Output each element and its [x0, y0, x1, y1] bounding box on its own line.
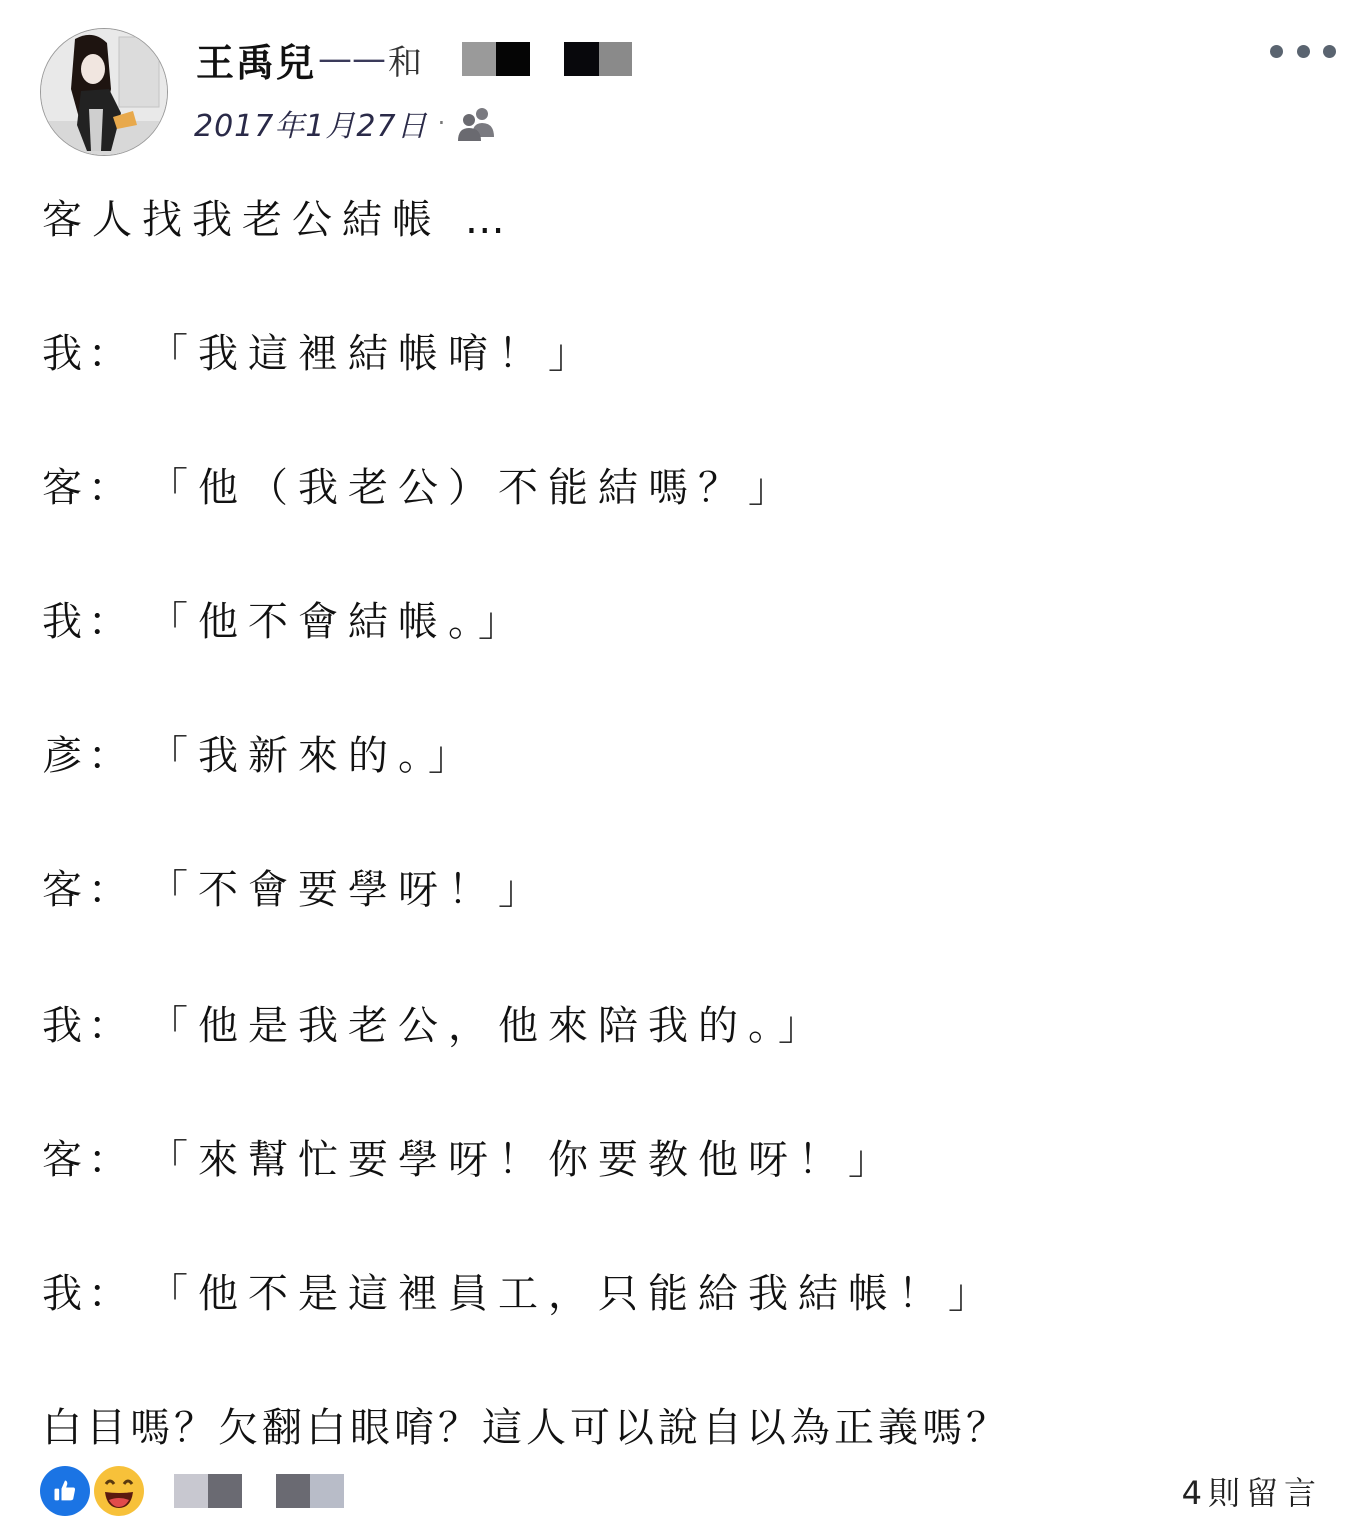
dialogue-speaker: 我： [42, 994, 148, 1051]
avatar[interactable] [40, 28, 168, 156]
dialogue-text: 「我這裡結帳唷！」 [148, 331, 598, 377]
dialogue-line: 我：「他不是這裡員工，只能給我結帳！」 [42, 1262, 998, 1319]
friends-icon[interactable] [456, 103, 496, 143]
more-dot-icon [1323, 45, 1336, 58]
dialogue-text: 「來幫忙要學呀！你要教他呀！」 [148, 1137, 898, 1183]
reactor-name-2-redacted[interactable] [276, 1474, 344, 1508]
dialogue-speaker: 我： [42, 322, 148, 379]
haha-icon [94, 1466, 144, 1516]
dialogue-text: 「他不是這裡員工，只能給我結帳！」 [148, 1271, 998, 1317]
dialogue-speaker: 客： [42, 1128, 148, 1185]
dialogue-line: 客：「他（我老公）不能結嗎？」 [42, 456, 798, 513]
dialogue-speaker: 客： [42, 456, 148, 513]
more-dot-icon [1297, 45, 1310, 58]
post-intro: 客人找我老公結帳 … [42, 188, 515, 245]
dialogue-text: 「我新來的。」 [148, 733, 478, 779]
tagged-person-1-redacted[interactable] [462, 42, 530, 76]
avatar-illustration-icon [41, 29, 167, 155]
post-meta: 2017年1月27日 · [194, 100, 496, 146]
dialogue-speaker: 我： [42, 1262, 148, 1319]
with-label: 和 [388, 35, 422, 84]
like-icon [40, 1466, 90, 1516]
dialogue-speaker: 客： [42, 858, 148, 915]
post-closing: 白目嗎？欠翻白眼唷？這人可以說自以為正義嗎？ [42, 1396, 1010, 1453]
dialogue-text: 「他是我老公，他來陪我的。」 [148, 1003, 828, 1049]
author-name-link[interactable]: 王禹兒 [196, 32, 316, 87]
post-header-title: 王禹兒 —— 和 [196, 34, 632, 84]
post-timestamp-link[interactable]: 2017年1月27日 [194, 101, 428, 145]
dialogue-text: 「不會要學呀！」 [148, 867, 548, 913]
dialogue-line: 我：「他是我老公，他來陪我的。」 [42, 994, 828, 1051]
reactions-summary[interactable] [40, 1466, 344, 1516]
dialogue-line: 我：「我這裡結帳唷！」 [42, 322, 598, 379]
dialogue-text: 「他（我老公）不能結嗎？」 [148, 465, 798, 511]
dialogue-text: 「他不會結帳。」 [148, 599, 528, 645]
reactor-name-1-redacted[interactable] [174, 1474, 242, 1508]
tagged-person-2-redacted[interactable] [564, 42, 632, 76]
dialogue-line: 客：「來幫忙要學呀！你要教他呀！」 [42, 1128, 898, 1185]
more-dot-icon [1270, 45, 1283, 58]
meta-separator: · [438, 109, 447, 137]
dialogue-line: 客：「不會要學呀！」 [42, 858, 548, 915]
more-options-button[interactable] [1270, 40, 1336, 62]
dialogue-speaker: 彥： [42, 724, 148, 781]
facebook-post: 王禹兒 —— 和 2017年1月27日 · 客人找我 [0, 0, 1366, 1528]
dialogue-line: 彥：「我新來的。」 [42, 724, 478, 781]
dialogue-line: 我：「他不會結帳。」 [42, 590, 528, 647]
comments-count-link[interactable]: 4則留言 [1182, 1468, 1322, 1514]
title-dash: —— [318, 39, 386, 79]
dialogue-speaker: 我： [42, 590, 148, 647]
